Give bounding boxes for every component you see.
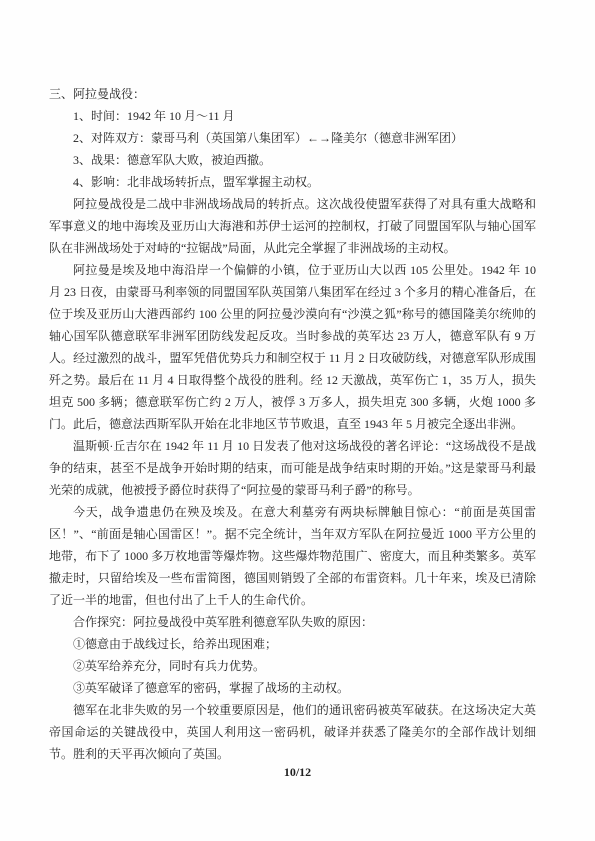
page-number: 10/12 <box>0 761 595 783</box>
paragraph-churchill-quote: 温斯顿·丘吉尔在 1942 年 11 月 10 日发表了他对这场战役的著名评论：… <box>49 435 536 501</box>
list-item-result: 3、战果：德意军队大败，被迫西撤。 <box>49 149 536 171</box>
list-item-time: 1、时间：1942 年 10 月～11 月 <box>49 105 536 127</box>
exploration-lead: 合作探究：阿拉曼战役中英军胜利德意军队失败的原因： <box>49 611 536 633</box>
list-item-opponents: 2、对阵双方：蒙哥马利（英国第八集团军）←→隆美尔（德意非洲军团） <box>49 127 536 149</box>
paragraph-battle-detail: 阿拉曼是埃及地中海沿岸一个偏僻的小镇，位于亚历山大以西 105 公里处。1942… <box>49 259 536 435</box>
document-page: 三、阿拉曼战役： 1、时间：1942 年 10 月～11 月 2、对阵双方：蒙哥… <box>0 0 595 841</box>
paragraph-minefields: 今天，战争遗患仍在殃及埃及。在意大利墓旁有两块标牌触目惊心：“前面是英国雷区！”… <box>49 501 536 611</box>
paragraph-overview: 阿拉曼战役是二战中非洲战场战局的转折点。这次战役使盟军获得了对具有重大战略和军事… <box>49 193 536 259</box>
paragraph-codes: 德军在北非失败的另一个较重要原因是，他们的通讯密码被英军破获。在这场决定大英帝国… <box>49 699 536 765</box>
section-heading: 三、阿拉曼战役： <box>49 83 536 105</box>
exploration-point-3: ③英军破译了德意军的密码，掌握了战场的主动权。 <box>49 677 536 699</box>
exploration-point-1: ①德意由于战线过长，给养出现困难； <box>49 633 536 655</box>
exploration-point-2: ②英军给养充分，同时有兵力优势。 <box>49 655 536 677</box>
list-item-impact: 4、影响：北非战场转折点，盟军掌握主动权。 <box>49 171 536 193</box>
